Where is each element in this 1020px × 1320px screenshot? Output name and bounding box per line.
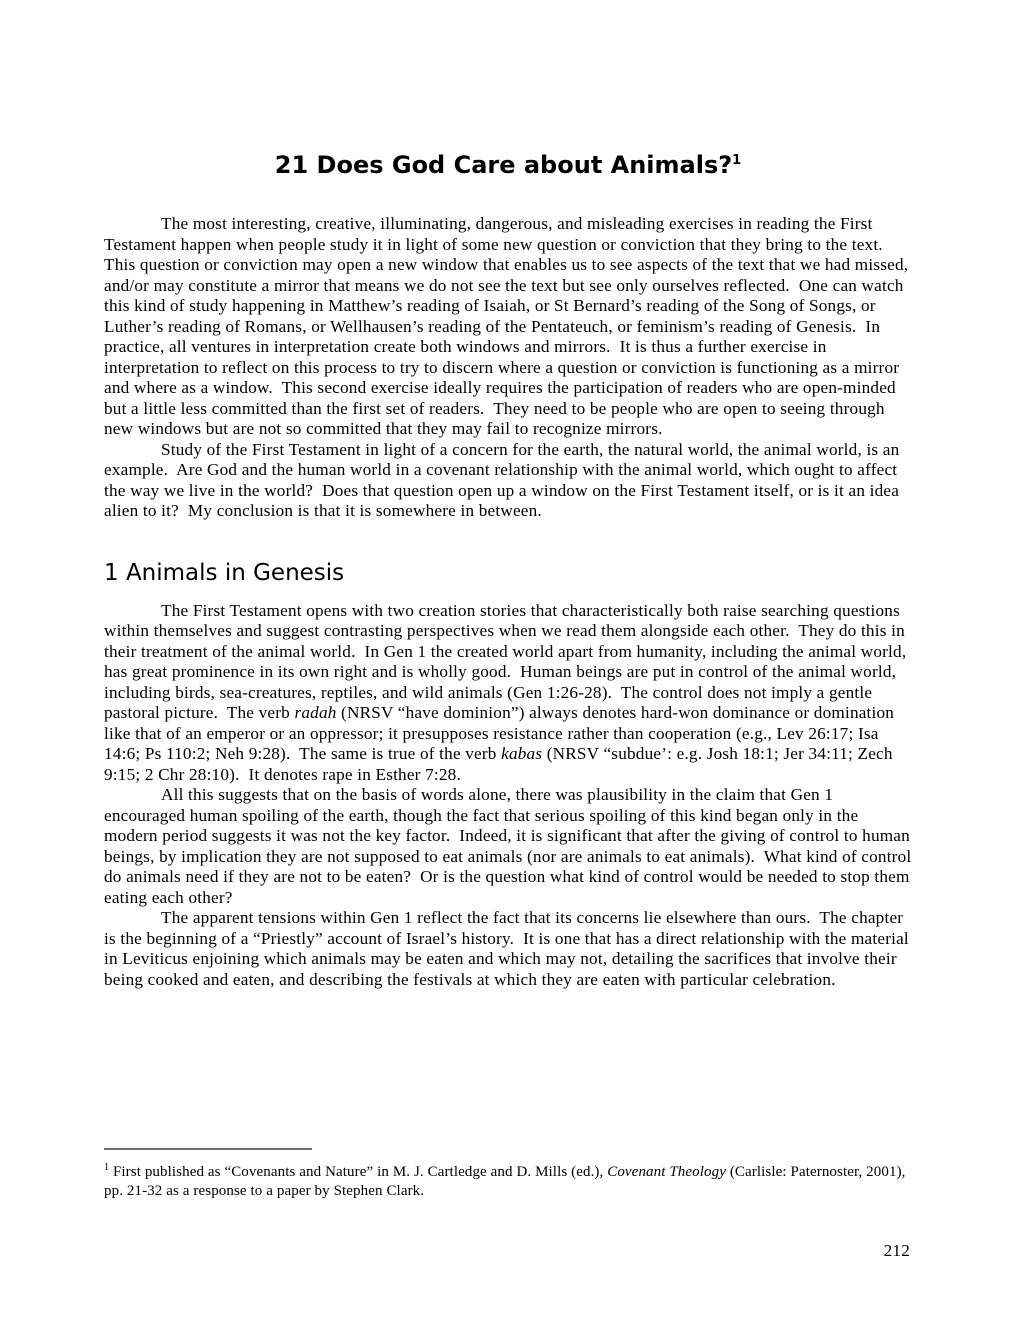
text-segment: The most interesting, creative, illumina…	[104, 214, 913, 438]
text-segment: All this suggests that on the basis of w…	[104, 785, 916, 907]
footnote-separator-rule	[104, 1148, 312, 1150]
section1-paragraph-2: All this suggests that on the basis of w…	[104, 785, 912, 908]
text-segment: 1	[732, 153, 741, 168]
page-number: 212	[884, 1241, 910, 1262]
document-page: 21 Does God Care about Animals?1 The mos…	[0, 0, 1020, 1320]
footnote-text: 1 First published as “Covenants and Natu…	[104, 1159, 912, 1200]
intro-paragraph-2: Study of the First Testament in light of…	[104, 440, 912, 522]
text-segment: kabas	[501, 744, 542, 763]
section-heading-animals-in-genesis: 1 Animals in Genesis	[104, 558, 912, 588]
text-segment: Covenant Theology	[607, 1164, 726, 1180]
intro-paragraph-1: The most interesting, creative, illumina…	[104, 214, 912, 440]
section1-paragraph-1: The First Testament opens with two creat…	[104, 601, 912, 786]
text-segment: radah	[294, 703, 336, 722]
text-segment: The apparent tensions within Gen 1 refle…	[104, 908, 913, 989]
text-segment: 21 Does God Care about Animals?	[275, 151, 732, 179]
section1-paragraph-3: The apparent tensions within Gen 1 refle…	[104, 908, 912, 990]
text-segment: Study of the First Testament in light of…	[104, 440, 904, 521]
text-segment: First published as “Covenants and Nature…	[109, 1164, 607, 1180]
footnote-area: 1 First published as “Covenants and Natu…	[104, 1148, 912, 1200]
chapter-title: 21 Does God Care about Animals?1	[104, 146, 912, 180]
